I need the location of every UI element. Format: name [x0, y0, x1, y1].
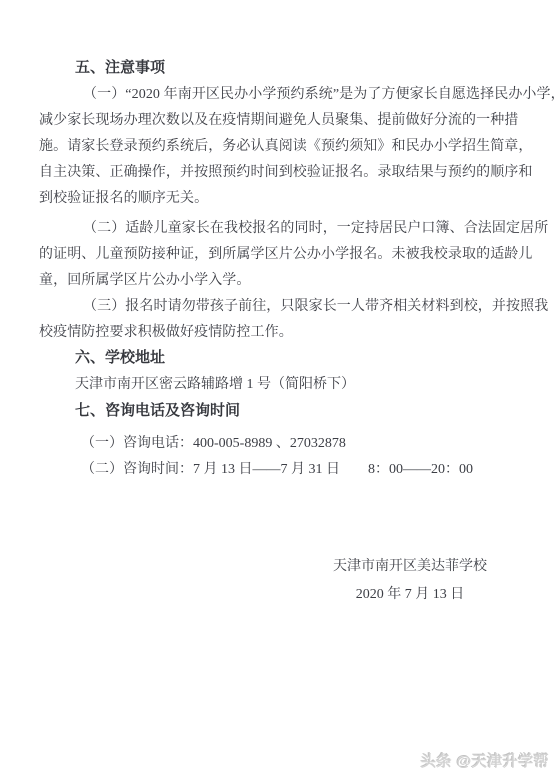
toutiao-watermark: 头条 @天津升学帮 [421, 751, 549, 773]
document-page: 五、注意事项 （一）“2020 年南开区民办小学预约系统”是为了方便家长自愿选择… [0, 0, 554, 783]
section5-paragraph-2: （二）适龄儿童家长在我校报名的同时，一定持居民户口簿、合法固定居所 的证明、儿童… [39, 216, 548, 294]
signature-date: 2020 年 7 月 13 日 [309, 582, 511, 608]
paragraph-line: 童，回所属学区片公办小学入学。 [39, 268, 548, 294]
paragraph-line: 的证明、儿童预防接种证，到所属学区片公办小学报名。未被我校录取的适龄儿 [39, 242, 548, 268]
section5-heading: 五、注意事项 [75, 58, 165, 78]
section5-paragraph-1: （一）“2020 年南开区民办小学预约系统”是为了方便家长自愿选择民办小学， 减… [39, 82, 554, 212]
section5-paragraph-3: （三）报名时请勿带孩子前往，只限家长一人带齐相关材料到校，并按照我 校疫情防控要… [39, 294, 548, 346]
contact-phone-line: （一）咨询电话：400-005-8989 、27032878 [81, 431, 346, 457]
school-address: 天津市南开区密云路辅路增 1 号（简阳桥下） [75, 372, 355, 398]
paragraph-line: 施。请家长登录预约系统后，务必认真阅读《预约须知》和民办小学招生简章， [39, 134, 554, 160]
paragraph-line: 校疫情防控要求积极做好疫情防控工作。 [39, 320, 548, 346]
contact-time-line: （二）咨询时间：7 月 13 日——7 月 31 日 8：00——20：00 [81, 457, 473, 483]
section6-heading: 六、学校地址 [75, 348, 165, 368]
paragraph-line: 减少家长现场办理次数以及在疫情期间避免人员聚集、提前做好分流的一种措 [39, 108, 554, 134]
section7-heading: 七、咨询电话及咨询时间 [75, 401, 240, 421]
paragraph-line: （二）适龄儿童家长在我校报名的同时，一定持居民户口簿、合法固定居所 [39, 216, 548, 242]
signature-block: 天津市南开区美达菲学校 2020 年 7 月 13 日 [309, 554, 511, 608]
paragraph-line: （一）“2020 年南开区民办小学预约系统”是为了方便家长自愿选择民办小学， [39, 82, 554, 108]
paragraph-line: 到校验证报名的顺序无关。 [39, 186, 554, 212]
signature-school-name: 天津市南开区美达菲学校 [309, 554, 511, 580]
paragraph-line: 自主决策、正确操作，并按照预约时间到校验证报名。录取结果与预约的顺序和 [39, 160, 554, 186]
paragraph-line: （三）报名时请勿带孩子前往，只限家长一人带齐相关材料到校，并按照我 [39, 294, 548, 320]
